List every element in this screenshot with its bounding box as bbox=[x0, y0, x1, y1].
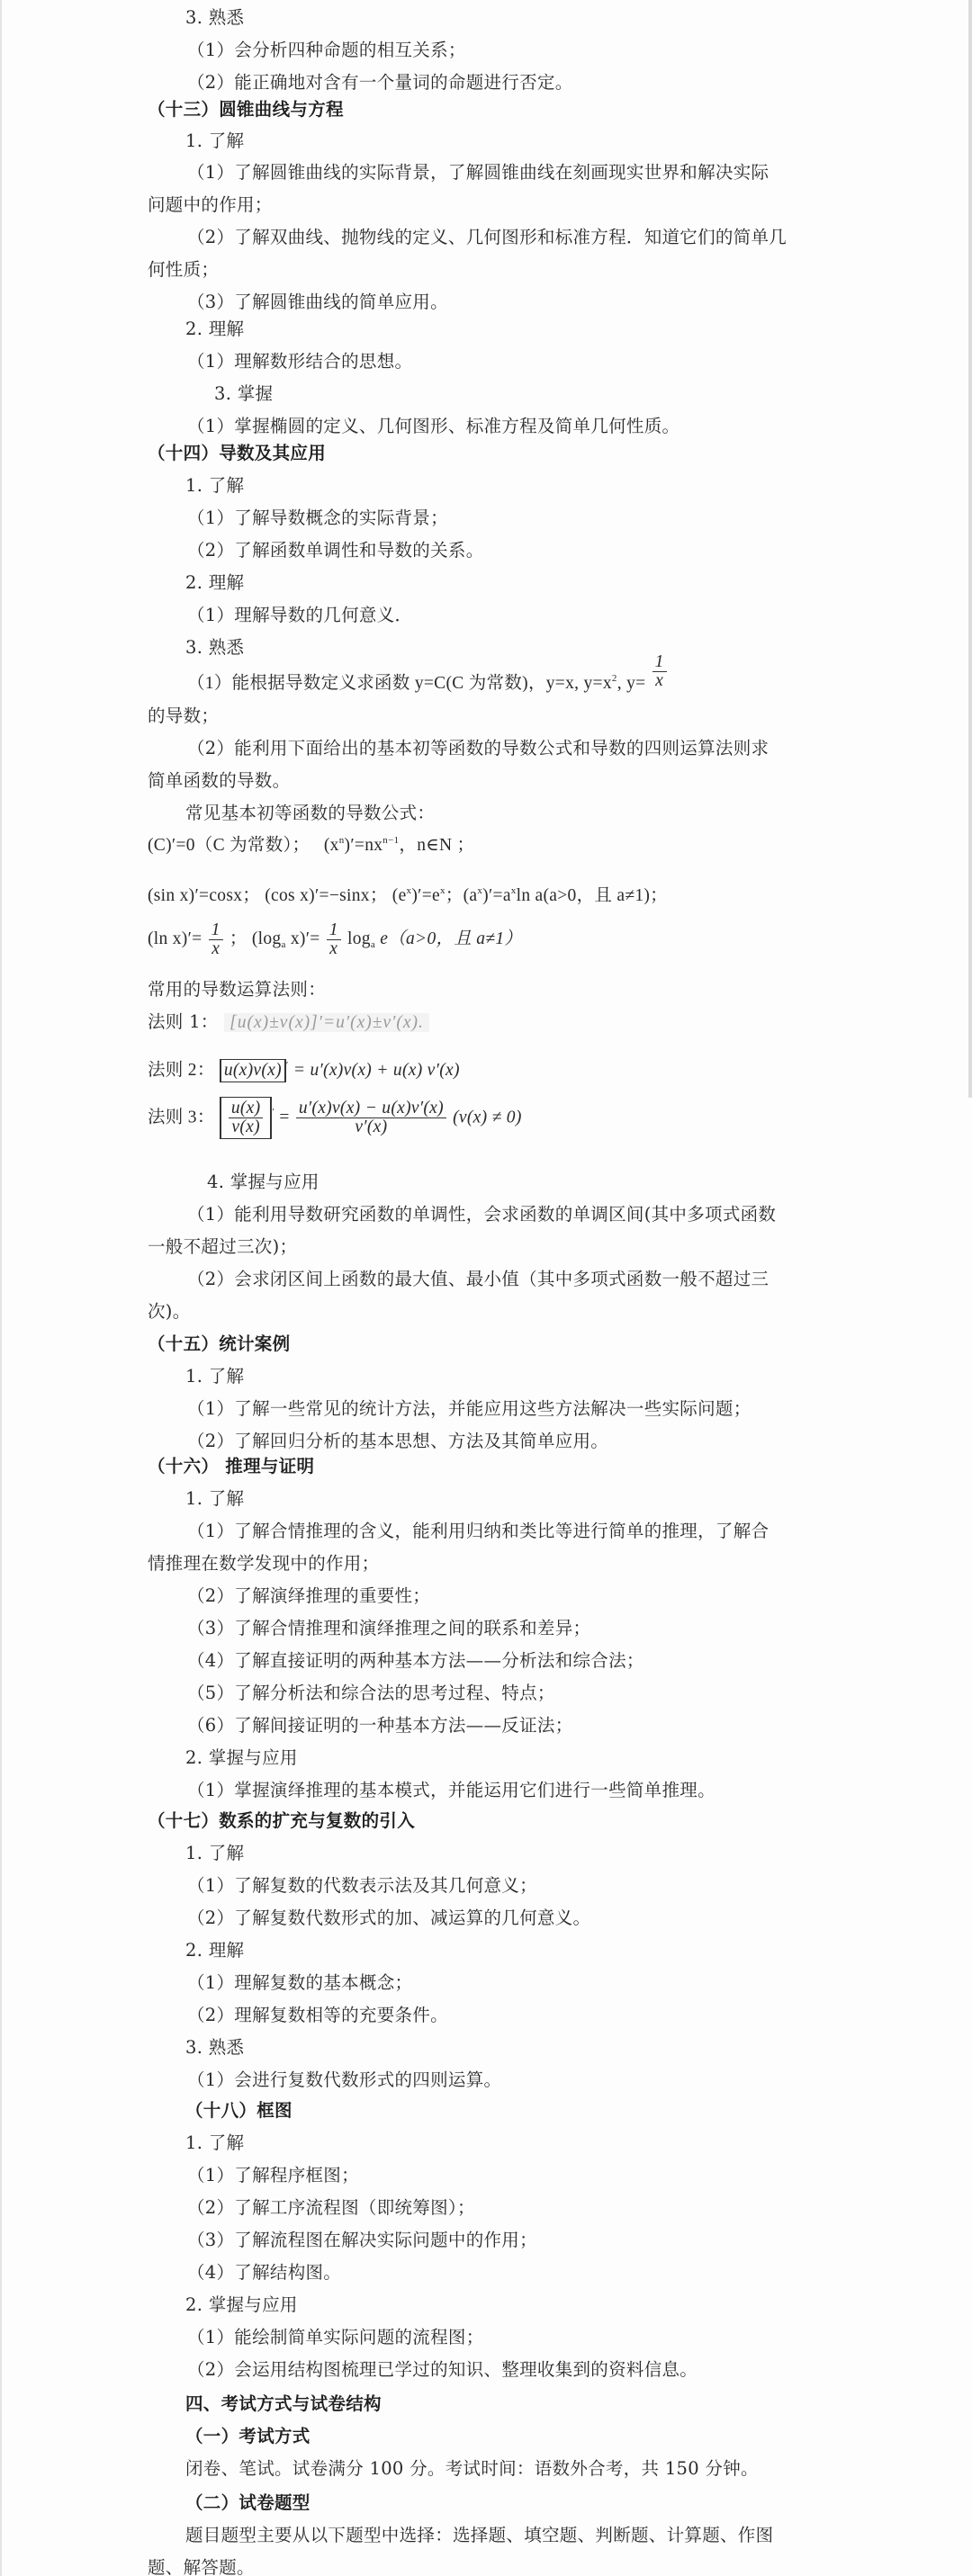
text-line: 题目题型主要从以下题型中选择：选择题、填空题、判断题、计算题、作图 bbox=[185, 2523, 773, 2548]
text-line: 次)。 bbox=[148, 1299, 191, 1324]
formula-row-trig-exp: (sin x)′=cosx； (cos x)′=−sinx； (ex)′=ex；… bbox=[148, 884, 668, 909]
text-line: （1）能利用导数研究函数的单调性，会求函数的单调区间(其中多项式函数 bbox=[187, 1202, 776, 1227]
text-line: （2）理解复数相等的充要条件。 bbox=[187, 2003, 448, 2028]
text-line: （1）了解一些常见的统计方法，并能应用这些方法解决一些实际问题； bbox=[187, 1396, 751, 1422]
text-line: （1）了解圆锥曲线的实际背景，了解圆锥曲线在刻画现实世界和解决实际 bbox=[187, 160, 769, 185]
text-line: 何性质； bbox=[148, 257, 219, 283]
text-line: （2）能正确地对含有一个量词的命题进行否定。 bbox=[187, 70, 573, 95]
section-heading: （二）试卷题型 bbox=[185, 2491, 310, 2516]
level-heading: 1. 了解 bbox=[185, 1841, 244, 1866]
text-line: （1）掌握椭圆的定义、几何图形、标准方程及简单几何性质。 bbox=[187, 414, 679, 439]
text-line: 常见基本初等函数的导数公式： bbox=[185, 801, 435, 826]
text-line: （1）理解数形结合的思想。 bbox=[187, 349, 412, 374]
def-mid: , y= bbox=[617, 674, 646, 693]
text-line: （3）了解流程图在解决实际问题中的作用； bbox=[187, 2228, 537, 2253]
section-heading: （十五）统计案例 bbox=[148, 1332, 290, 1357]
text-line: （1）理解复数的基本概念； bbox=[187, 1970, 412, 1996]
level-heading: 4. 掌握与应用 bbox=[207, 1170, 319, 1195]
page-edge bbox=[968, 0, 972, 1098]
document-page: 3. 熟悉（1）会分析四种命题的相互关系；（2）能正确地对含有一个量词的命题进行… bbox=[0, 0, 972, 2576]
text-line: （1）了解复数的代数表示法及其几何意义； bbox=[187, 1873, 537, 1898]
rule-2: 法则 2： u(x)v(x)′ = u′(x)v(x) + u(x) v′(x) bbox=[148, 1058, 460, 1083]
text-line: （1）了解导数概念的实际背景； bbox=[187, 506, 448, 531]
level-heading: 1. 了解 bbox=[185, 2131, 244, 2156]
text-line: 情推理在数学发现中的作用； bbox=[148, 1551, 379, 1576]
text-line: （2）会运用结构图梳理已学过的知识、整理收集到的资料信息。 bbox=[187, 2357, 697, 2383]
text-line: （1）会进行复数代数形式的四则运算。 bbox=[187, 2068, 501, 2093]
text-line: （1）能绘制简单实际问题的流程图； bbox=[187, 2325, 484, 2350]
rule-label: 法则 1： bbox=[148, 1011, 219, 1032]
formula-row-log: (ln x)′= 1 x ； (loga x)′= 1 x loga e（a>0… bbox=[148, 921, 522, 958]
section-heading: （十六） 推理与证明 bbox=[148, 1454, 314, 1479]
rule-label: 法则 2： bbox=[148, 1061, 215, 1080]
level-heading: 1. 了解 bbox=[185, 1364, 244, 1389]
section-heading: （十八）框图 bbox=[185, 2098, 292, 2123]
rule-quotient: u′(x)v(x) − u(x)v′(x) v′(x) bbox=[296, 1100, 446, 1136]
rule-formula: [u(x)±v(x)]′=u′(x)±v′(x). bbox=[224, 1013, 429, 1032]
text-line: （4）了解直接证明的两种基本方法——分析法和综合法； bbox=[187, 1648, 644, 1674]
level-heading: 2. 理解 bbox=[185, 570, 244, 596]
text-line: 一般不超过三次)； bbox=[148, 1234, 297, 1260]
level-heading: 3. 熟悉 bbox=[185, 5, 244, 31]
section-heading: （十四）导数及其应用 bbox=[148, 441, 326, 466]
formula-row-constant-power: (C)′=0（C 为常数）； (xn)′=nxn−1，n∈N ； bbox=[148, 833, 474, 858]
text-line: （3）了解合情推理和演绎推理之间的联系和差异； bbox=[187, 1616, 590, 1641]
level-heading: 3. 掌握 bbox=[214, 381, 273, 407]
text-line: （2）会求闭区间上函数的最大值、最小值（其中多项式函数一般不超过三 bbox=[187, 1267, 769, 1292]
section-heading: （十三）圆锥曲线与方程 bbox=[148, 97, 344, 122]
level-heading: 2. 理解 bbox=[185, 317, 244, 342]
rule-3: 法则 3： u(x) v(x) ′ = u′(x)v(x) − u(x)v′(x… bbox=[148, 1097, 522, 1139]
text-line: （2）了解工序流程图（即统筹图）； bbox=[187, 2195, 475, 2221]
level-heading: 2. 掌握与应用 bbox=[185, 2293, 298, 2318]
rules-heading: 常用的导数运算法则： bbox=[148, 977, 326, 1002]
level-heading: 2. 理解 bbox=[185, 1938, 244, 1963]
text-line: （1）了解程序框图； bbox=[187, 2163, 359, 2188]
derivative-definition-item: （1）能根据导数定义求函数 y=C(C 为常数)，y=x, y=x2, y= 1… bbox=[187, 666, 669, 703]
text-line: （4）了解结构图。 bbox=[187, 2260, 341, 2285]
text-line: （2）了解演绎推理的重要性； bbox=[187, 1584, 430, 1609]
def-prefix: （1）能根据导数定义求函数 y=C(C 为常数)，y=x, y=x bbox=[187, 674, 612, 693]
text-line: （1）会分析四种命题的相互关系； bbox=[187, 38, 466, 63]
text-line: （6）了解间接证明的一种基本方法——反证法； bbox=[187, 1713, 573, 1738]
text-line: （2）了解复数代数形式的加、减运算的几何意义。 bbox=[187, 1906, 590, 1931]
text-line: （3）了解圆锥曲线的简单应用。 bbox=[187, 290, 448, 315]
level-heading: 1. 了解 bbox=[185, 129, 244, 154]
section-heading: （十七）数系的扩充与复数的引入 bbox=[148, 1809, 415, 1834]
level-heading: 3. 熟悉 bbox=[185, 635, 244, 660]
page-edge bbox=[0, 0, 2, 2576]
rule-bracket: u(x) v(x) bbox=[220, 1097, 273, 1139]
level-heading: 3. 熟悉 bbox=[185, 2035, 244, 2060]
text-line: （2）了解函数单调性和导数的关系。 bbox=[187, 538, 484, 563]
fraction-one-over-x: 1 x bbox=[209, 921, 223, 958]
text-line: （2）了解回归分析的基本思想、方法及其简单应用。 bbox=[187, 1429, 608, 1454]
text-line: 闭卷、笔试。试卷满分 100 分。考试时间：语数外合考，共 150 分钟。 bbox=[185, 2456, 759, 2482]
text-line: 问题中的作用； bbox=[148, 193, 273, 218]
text-line: 简单函数的导数。 bbox=[148, 768, 290, 794]
rule-formula: = u′(x)v(x) + u(x) v′(x) bbox=[293, 1061, 460, 1080]
text-line: （5）了解分析法和综合法的思考过程、特点； bbox=[187, 1681, 555, 1706]
fraction-one-over-x: 1 x bbox=[652, 653, 667, 690]
rule-label: 法则 3： bbox=[148, 1108, 215, 1127]
text-line: （1）掌握演绎推理的基本模式，并能运用它们进行一些简单推理。 bbox=[187, 1778, 715, 1803]
section-heading: （一）考试方式 bbox=[185, 2424, 310, 2449]
text-line: （1）了解合情推理的含义，能利用归纳和类比等进行简单的推理，了解合 bbox=[187, 1519, 769, 1544]
section-heading: 四、考试方式与试卷结构 bbox=[185, 2392, 382, 2417]
level-heading: 1. 了解 bbox=[185, 1486, 244, 1512]
text-line: （2）能利用下面给出的基本初等函数的导数公式和导数的四则运算法则求 bbox=[187, 736, 769, 761]
fraction-one-over-x: 1 x bbox=[327, 921, 341, 958]
text-line: （1）理解导数的几何意义． bbox=[187, 603, 412, 628]
rule-1: 法则 1： [u(x)±v(x)]′=u′(x)±v′(x). bbox=[148, 1010, 429, 1036]
text-line: 题、解答题。 bbox=[148, 2555, 255, 2576]
text-line: 的导数； bbox=[148, 704, 219, 729]
text-line: （2）了解双曲线、抛物线的定义、几何图形和标准方程．知道它们的简单几 bbox=[187, 225, 787, 250]
rule-bracket: u(x)v(x) bbox=[220, 1059, 286, 1082]
level-heading: 2. 掌握与应用 bbox=[185, 1746, 298, 1771]
level-heading: 1. 了解 bbox=[185, 473, 244, 498]
